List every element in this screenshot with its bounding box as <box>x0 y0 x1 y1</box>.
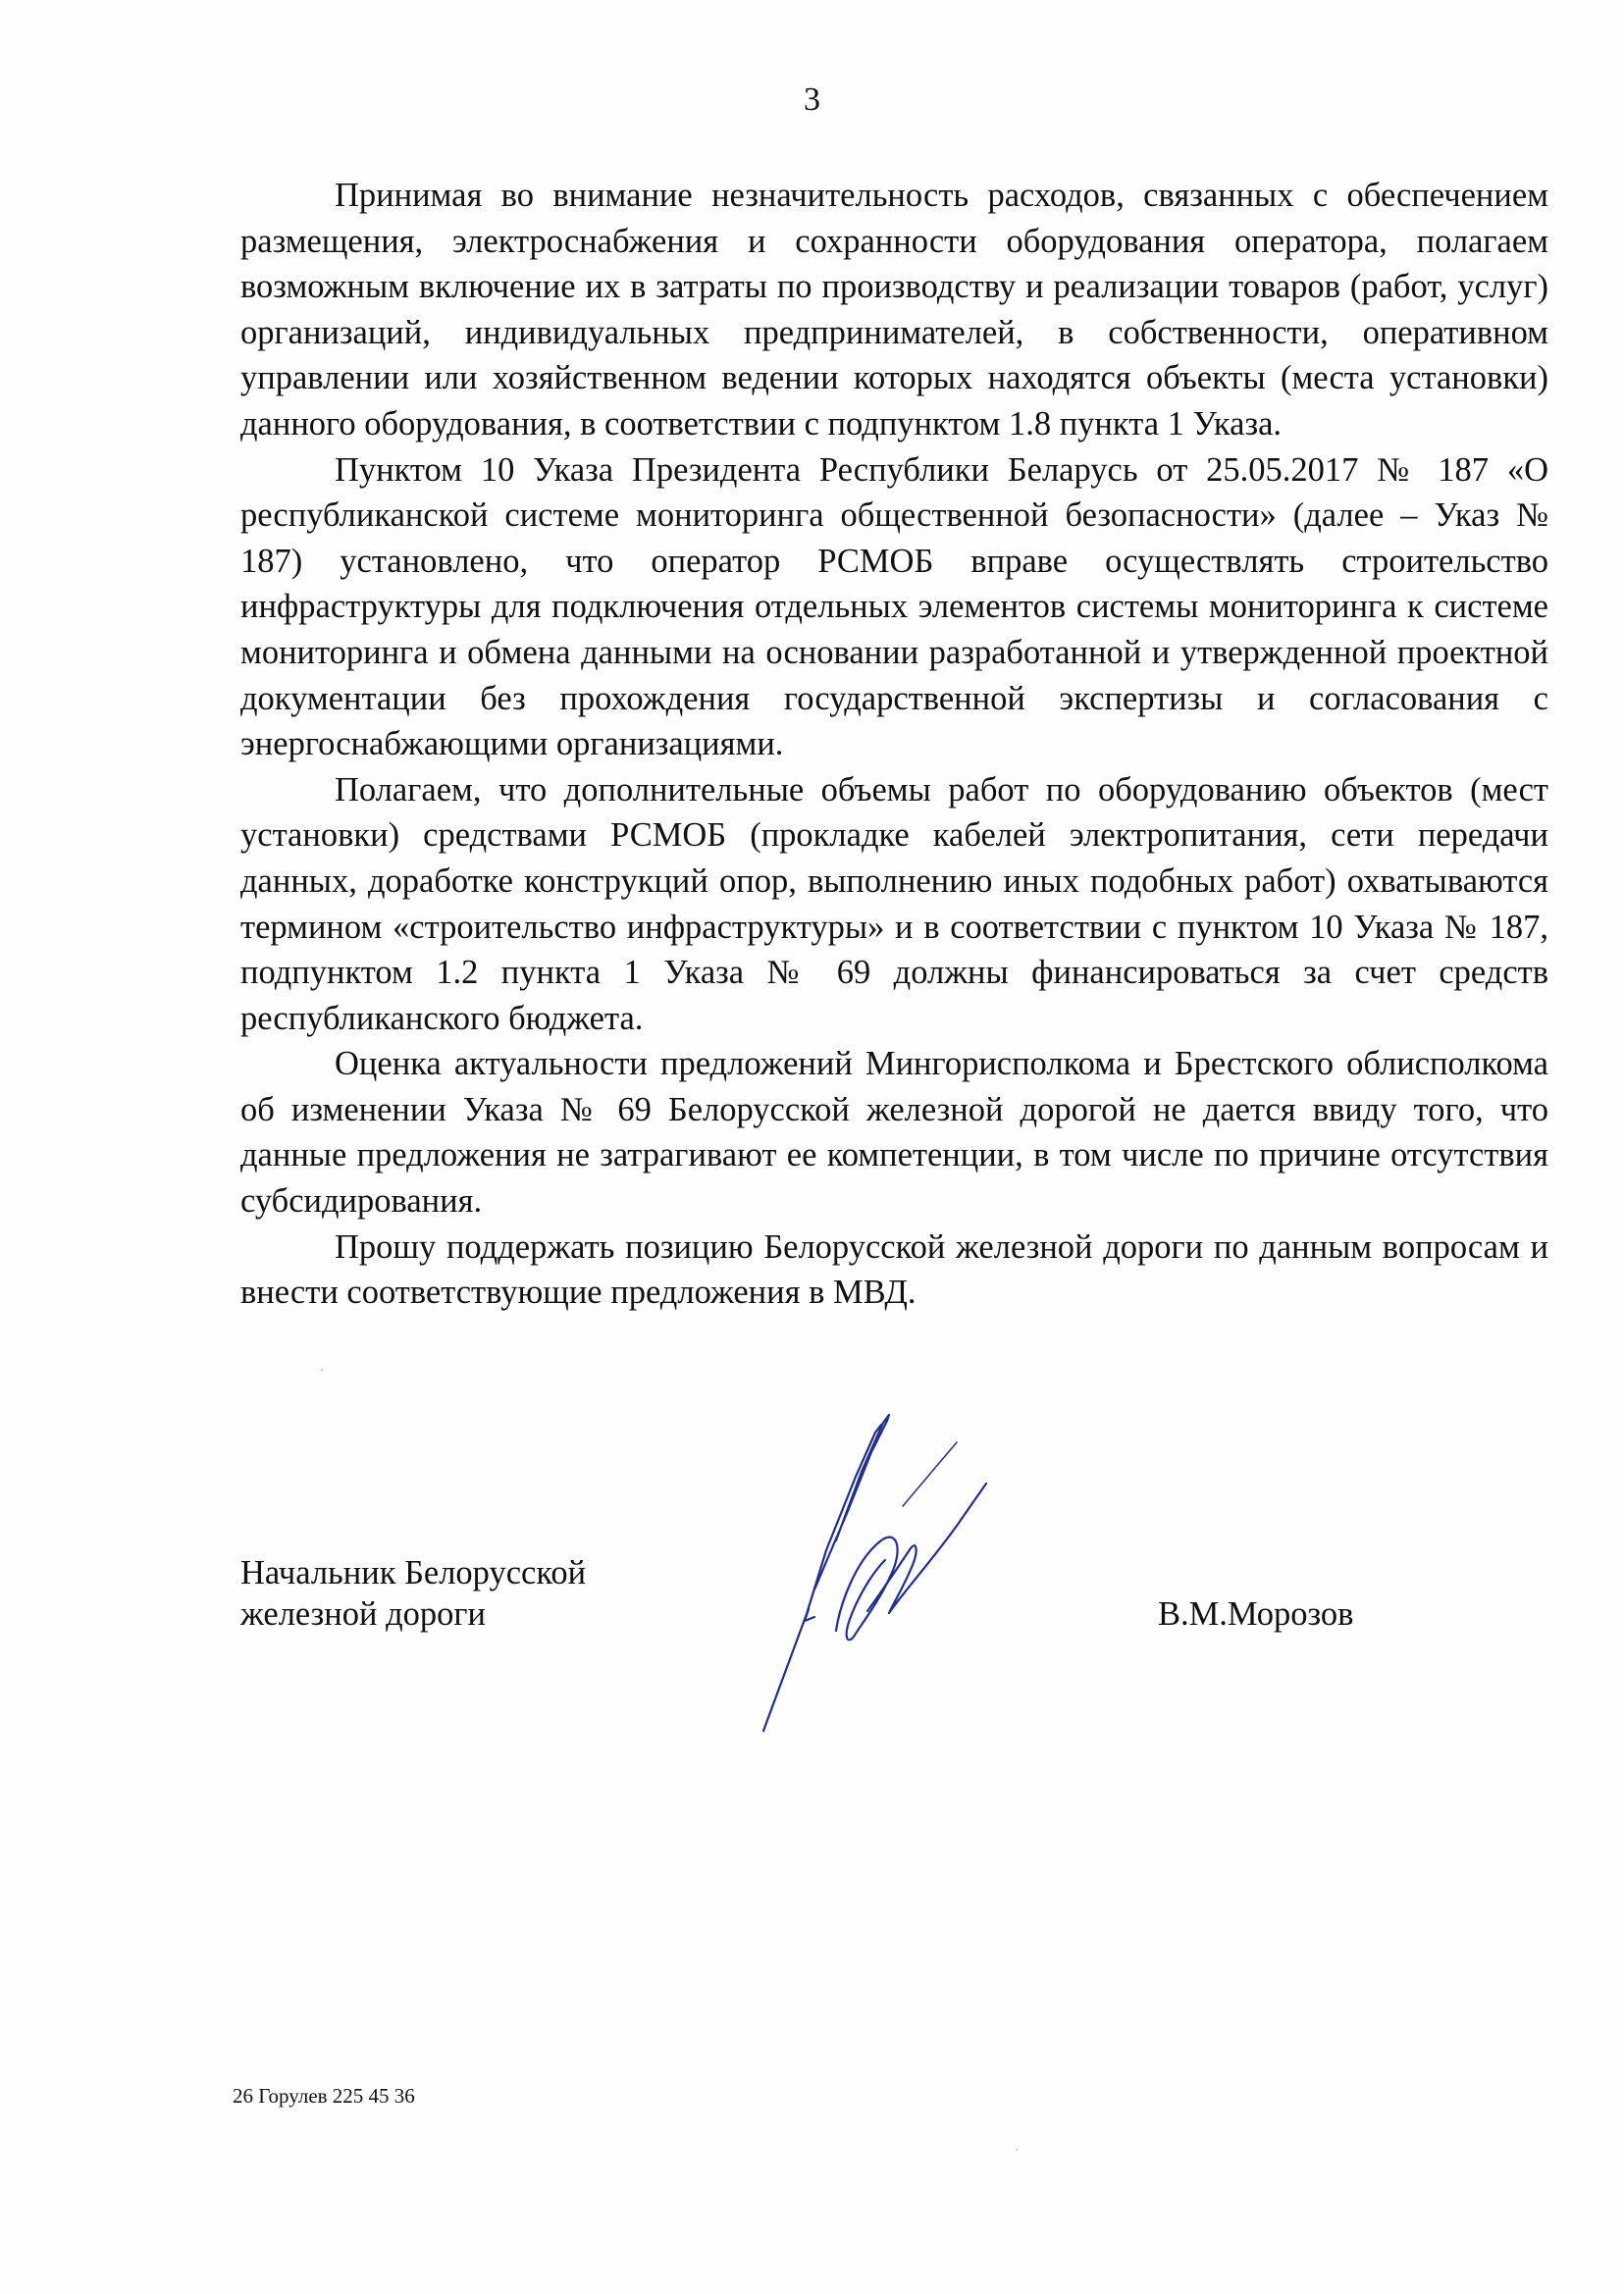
page-number: 3 <box>0 80 1624 120</box>
handwritten-signature-icon <box>746 1403 1011 1742</box>
paragraph-decree-187: Пунктом 10 Указа Президента Республики Б… <box>240 447 1548 767</box>
paragraph-expenses: Принимая во внимание незначительность ра… <box>240 173 1548 447</box>
scan-speck <box>321 1369 323 1371</box>
letter-body: Принимая во внимание незначительность ра… <box>240 173 1548 1316</box>
paragraph-proposals-assessment: Оценка актуальности предложений Мингорис… <box>240 1041 1548 1224</box>
executor-note: 26 Горулев 225 45 36 <box>233 2084 415 2108</box>
paragraph-infrastructure-financing: Полагаем, что дополнительные объемы рабо… <box>240 767 1548 1042</box>
scan-speck <box>1016 2149 1018 2151</box>
paragraph-request: Прошу поддержать позицию Белорусской жел… <box>240 1225 1548 1316</box>
signatory-name: В.М.Морозов <box>1158 1593 1353 1635</box>
